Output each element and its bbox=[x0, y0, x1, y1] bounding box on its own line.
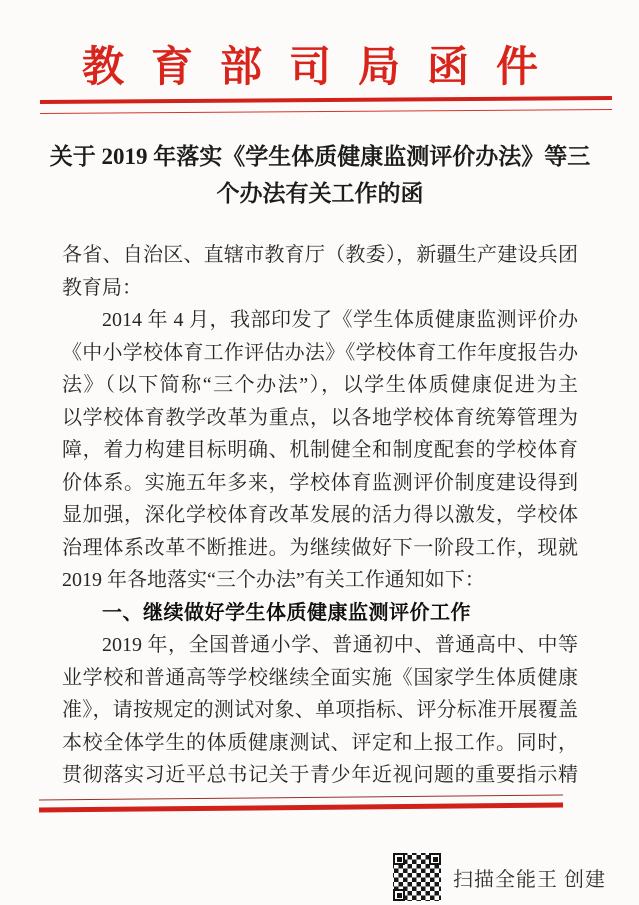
qr-finder-icon bbox=[429, 853, 441, 865]
body-line: 显加强，深化学校体育改革发展的活力得以激发，学校体育 bbox=[62, 499, 578, 532]
document-title: 关于 2019 年落实《学生体质健康监测评价办法》等三 个办法有关工作的函 bbox=[40, 138, 600, 212]
body-line: 障，着力构建目标明确、机制健全和制度配套的学校体育评 bbox=[62, 434, 578, 467]
section-heading-1: 一、继续做好学生体质健康监测评价工作 bbox=[62, 597, 578, 630]
camscanner-watermark: 扫描全能王 创建 bbox=[393, 853, 606, 901]
body-line: 治理体系改革不断推进。为继续做好下一阶段工作，现就 bbox=[62, 532, 578, 565]
body-line: 法》（以下简称“三个办法”），以学生体质健康促进为主线， bbox=[62, 369, 578, 402]
body-line: 《中小学校体育工作评估办法》《学校体育工作年度报告办 bbox=[62, 337, 578, 370]
body-line: 2019 年，全国普通小学、普通初中、普通高中、中等职 bbox=[62, 629, 578, 662]
body-line: 业学校和普通高等学校继续全面实施《国家学生体质健康标 bbox=[62, 662, 578, 695]
qr-finder-icon bbox=[393, 853, 405, 865]
watermark-text: 扫描全能王 创建 bbox=[453, 863, 606, 892]
body-line: 2019 年各地落实“三个办法”有关工作通知如下： bbox=[62, 564, 578, 597]
salutation-line: 各省、自治区、直辖市教育厅（教委），新疆生产建设兵团 bbox=[62, 239, 578, 272]
document-page: 教育部司局函件 关于 2019 年落实《学生体质健康监测评价办法》等三 个办法有… bbox=[0, 0, 639, 905]
body-line: 2014 年 4 月，我部印发了《学生体质健康监测评价办法》 bbox=[62, 304, 578, 337]
qr-code-icon bbox=[393, 853, 441, 901]
body-line: 准》，请按规定的测试对象、单项指标、评分标准开展覆盖 bbox=[62, 694, 578, 727]
document-title-line-1: 关于 2019 年落实《学生体质健康监测评价办法》等三 bbox=[40, 138, 600, 175]
body-line: 本校全体学生的体质健康测试、评定和上报工作。同时，为 bbox=[62, 727, 578, 760]
document-title-line-2: 个办法有关工作的函 bbox=[40, 175, 600, 212]
body-line: 以学校体育教学改革为重点，以各地学校体育统筹管理为保 bbox=[62, 402, 578, 435]
qr-finder-icon bbox=[393, 889, 405, 901]
document-body: 各省、自治区、直辖市教育厅（教委），新疆生产建设兵团 教育局： 2014 年 4… bbox=[62, 239, 578, 792]
salutation-line: 教育局： bbox=[62, 272, 578, 305]
header-double-rule bbox=[40, 96, 612, 114]
footer-double-rule bbox=[39, 794, 563, 812]
body-line: 价体系。实施五年多来，学校体育监测评价制度建设得到明 bbox=[62, 467, 578, 500]
body-line: 贯彻落实习近平总书记关于青少年近视问题的重要指示精 bbox=[62, 759, 578, 792]
agency-banner-title: 教育部司局函件 bbox=[0, 34, 620, 94]
